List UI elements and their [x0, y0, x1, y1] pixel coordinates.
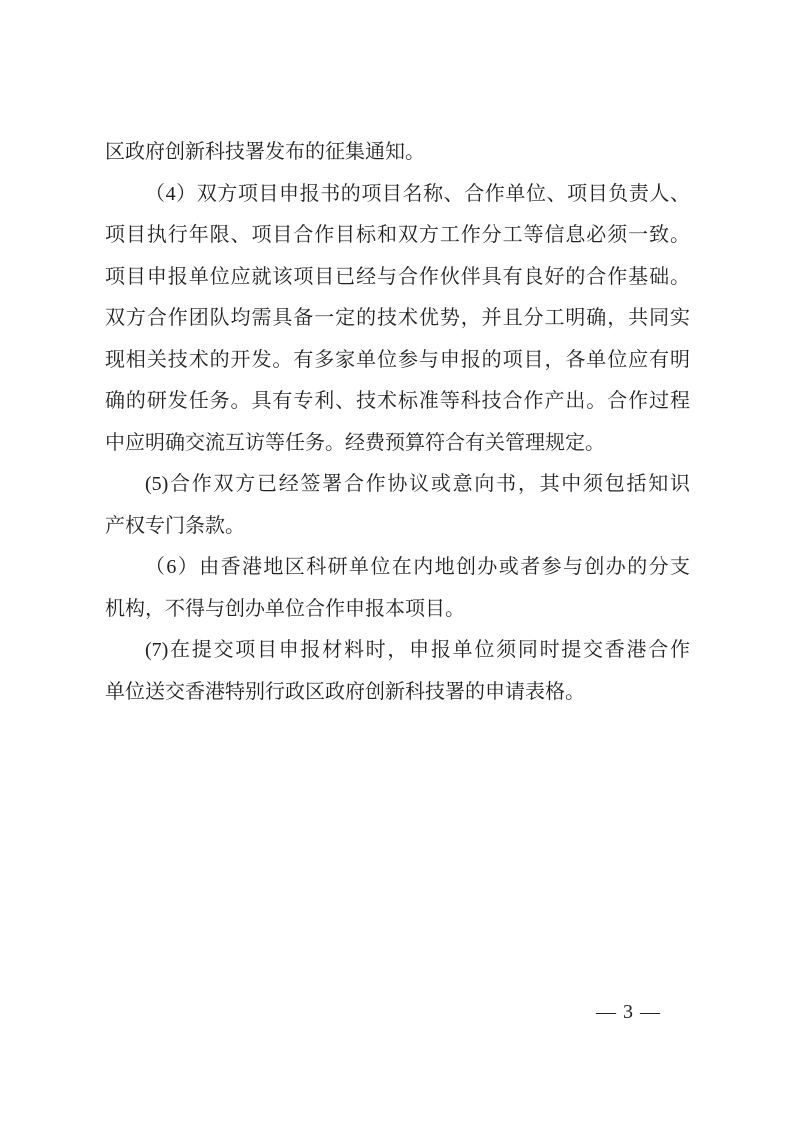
text-line: (7)在提交项目申报材料时，申报单位须同时提交香港合作 [105, 630, 690, 672]
body-text: 区政府创新科技署发布的征集通知。 （4）双方项目申报书的项目名称、合作单位、项目… [105, 132, 690, 713]
paragraph-item-6: （6）由香港地区科研单位在内地创办或者参与创办的分支 机构，不得与创办单位合作申… [105, 547, 690, 630]
text-line: 中应明确交流互访等任务。经费预算符合有关管理规定。 [105, 423, 690, 465]
text-line: (5)合作双方已经签署合作协议或意向书，其中须包括知识 [105, 464, 690, 506]
text-line: 确的研发任务。具有专利、技术标准等科技合作产出。合作过程 [105, 381, 690, 423]
paragraph-item-4: （4）双方项目申报书的项目名称、合作单位、项目负责人、 项目执行年限、项目合作目… [105, 174, 690, 465]
text-line: 项目执行年限、项目合作目标和双方工作分工等信息必须一致。 [105, 215, 690, 257]
text-line: （6）由香港地区科研单位在内地创办或者参与创办的分支 [105, 547, 690, 589]
text-line: 区政府创新科技署发布的征集通知。 [105, 132, 690, 174]
text-line: 现相关技术的开发。有多家单位参与申报的项目，各单位应有明 [105, 340, 690, 382]
text-line: 机构，不得与创办单位合作申报本项目。 [105, 589, 690, 631]
text-line: 项目申报单位应就该项目已经与合作伙伴具有良好的合作基础。 [105, 257, 690, 299]
text-line: 单位送交香港特别行政区政府创新科技署的申请表格。 [105, 672, 690, 714]
page-number: — 3 — [596, 1000, 661, 1024]
paragraph-item-5: (5)合作双方已经签署合作协议或意向书，其中须包括知识 产权专门条款。 [105, 464, 690, 547]
text-line: 双方合作团队均需具备一定的技术优势，并且分工明确，共同实 [105, 298, 690, 340]
text-line: （4）双方项目申报书的项目名称、合作单位、项目负责人、 [105, 174, 690, 216]
paragraph-item-7: (7)在提交项目申报材料时，申报单位须同时提交香港合作 单位送交香港特别行政区政… [105, 630, 690, 713]
text-line: 产权专门条款。 [105, 506, 690, 548]
document-page: 区政府创新科技署发布的征集通知。 （4）双方项目申报书的项目名称、合作单位、项目… [0, 0, 794, 1123]
paragraph: 区政府创新科技署发布的征集通知。 [105, 132, 690, 174]
